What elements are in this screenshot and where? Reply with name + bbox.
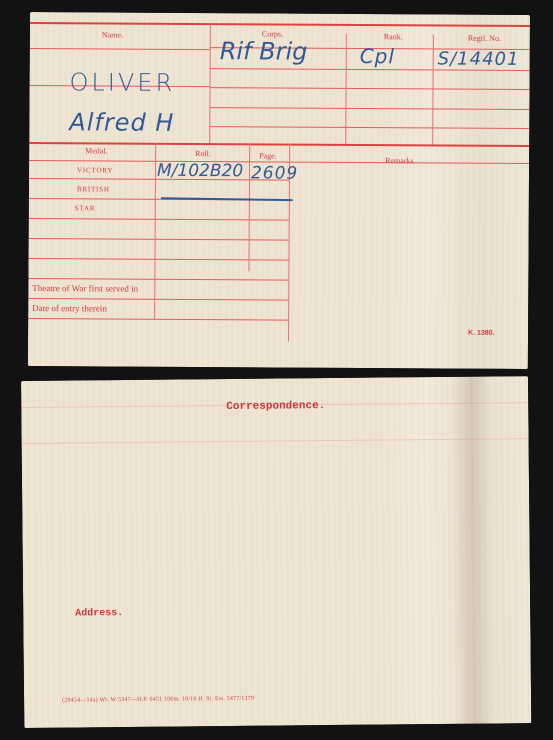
label-date-entry: Date of entry therein <box>32 303 107 313</box>
medal-card-front: Name. Corps. Rank. Regtl. No. OLIVER Alf… <box>28 12 530 369</box>
label-remarks: Remarks. <box>385 156 415 165</box>
rule <box>28 318 288 321</box>
label-name: Name. <box>102 30 123 39</box>
address-label: Address. <box>75 608 123 619</box>
rule <box>210 87 530 90</box>
medal-british: BRITISH <box>77 185 110 193</box>
label-medal: Medal. <box>85 146 107 155</box>
label-theatre: Theatre of War first served in <box>32 283 138 294</box>
handwritten-corps: Rif Brig <box>220 37 308 66</box>
rule <box>209 107 529 110</box>
label-regt-no: Regtl. No. <box>468 34 501 43</box>
handwritten-page: 2609 <box>251 163 298 183</box>
handwritten-regt-no: S/14401 <box>438 48 520 69</box>
label-page: Page. <box>259 151 277 160</box>
divider <box>248 143 250 271</box>
handwritten-roll: M/102B20 <box>157 161 243 182</box>
divider <box>209 23 211 143</box>
handwritten-forenames: Alfred H <box>69 108 174 137</box>
handwritten-rank: Cpl <box>360 44 395 68</box>
rule <box>28 278 288 281</box>
rule-top <box>30 22 530 27</box>
handwritten-surname: OLIVER <box>69 68 175 97</box>
rule <box>209 126 529 129</box>
handwritten-underline <box>161 197 293 201</box>
rule <box>30 48 210 50</box>
label-roll: Roll. <box>195 149 211 158</box>
printer-imprint: (29454—14a) Wt. W 5347—H.P. 6451 100m. 1… <box>62 696 254 704</box>
medal-star: STAR <box>75 204 96 212</box>
rule <box>28 298 288 301</box>
form-number: K. 1380. <box>468 330 495 337</box>
faint-rule <box>22 438 529 444</box>
correspondence-title: Correspondence. <box>226 400 325 413</box>
medal-victory: VICTORY <box>77 166 113 174</box>
divider <box>154 143 156 319</box>
label-rank: Rank. <box>384 32 403 41</box>
medal-card-back: Correspondence. Address. (29454—14a) Wt.… <box>21 376 531 728</box>
